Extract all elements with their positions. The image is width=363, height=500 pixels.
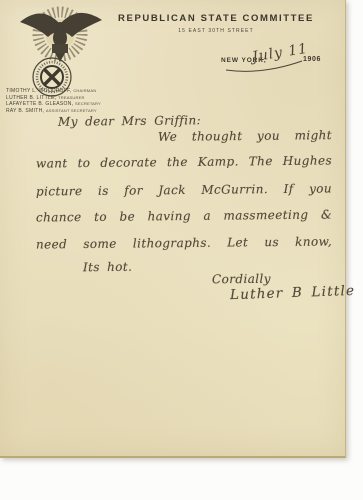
- officer-role: Secretary: [75, 101, 101, 106]
- scanned-letter-page: Timothy L. Woodruff, Chairman Luther B. …: [0, 0, 363, 500]
- officer-row: Luther B. Little, Treasurer: [6, 95, 101, 102]
- officer-name: Luther B. Little,: [6, 95, 56, 101]
- officer-row: Ray B. Smith, Assistant Secretary: [6, 108, 101, 115]
- officer-role: Treasurer: [58, 95, 84, 100]
- eagle-sunburst-icon: [14, 2, 106, 64]
- committee-title: Republican State Committee: [118, 13, 314, 24]
- letter-line: chance to be having a massmeeting &: [36, 207, 332, 224]
- officer-name: Lafayette B. Gleason,: [6, 101, 73, 107]
- officer-row: Lafayette B. Gleason, Secretary: [6, 101, 101, 108]
- salutation: My dear Mrs Griffin:: [58, 113, 201, 128]
- letterhead-title-block: Republican State Committee 15 East 30th …: [118, 13, 314, 34]
- officer-role: Assistant Secretary: [46, 108, 97, 113]
- officer-name: Ray B. Smith,: [6, 108, 44, 114]
- committee-address: 15 East 30th Street: [118, 28, 314, 34]
- letter-line: need some lithographs. Let us know,: [36, 234, 332, 251]
- letter-line: picture is for Jack McGurrin. If you: [36, 181, 332, 198]
- year-label: 1906: [303, 56, 321, 63]
- letter-paper: Timothy L. Woodruff, Chairman Luther B. …: [0, 0, 346, 458]
- letter-line: Its hot.: [83, 260, 132, 275]
- officer-name: Timothy L. Woodruff,: [6, 88, 72, 94]
- officer-list: Timothy L. Woodruff, Chairman Luther B. …: [6, 88, 101, 114]
- officer-row: Timothy L. Woodruff, Chairman: [6, 88, 101, 95]
- letter-line: We thought you might: [158, 128, 332, 144]
- signature: Luther B Little: [230, 283, 356, 303]
- closing: Cordially: [212, 272, 271, 287]
- officer-role: Chairman: [73, 88, 96, 93]
- letter-line: want to decorate the Kamp. The Hughes: [36, 153, 332, 170]
